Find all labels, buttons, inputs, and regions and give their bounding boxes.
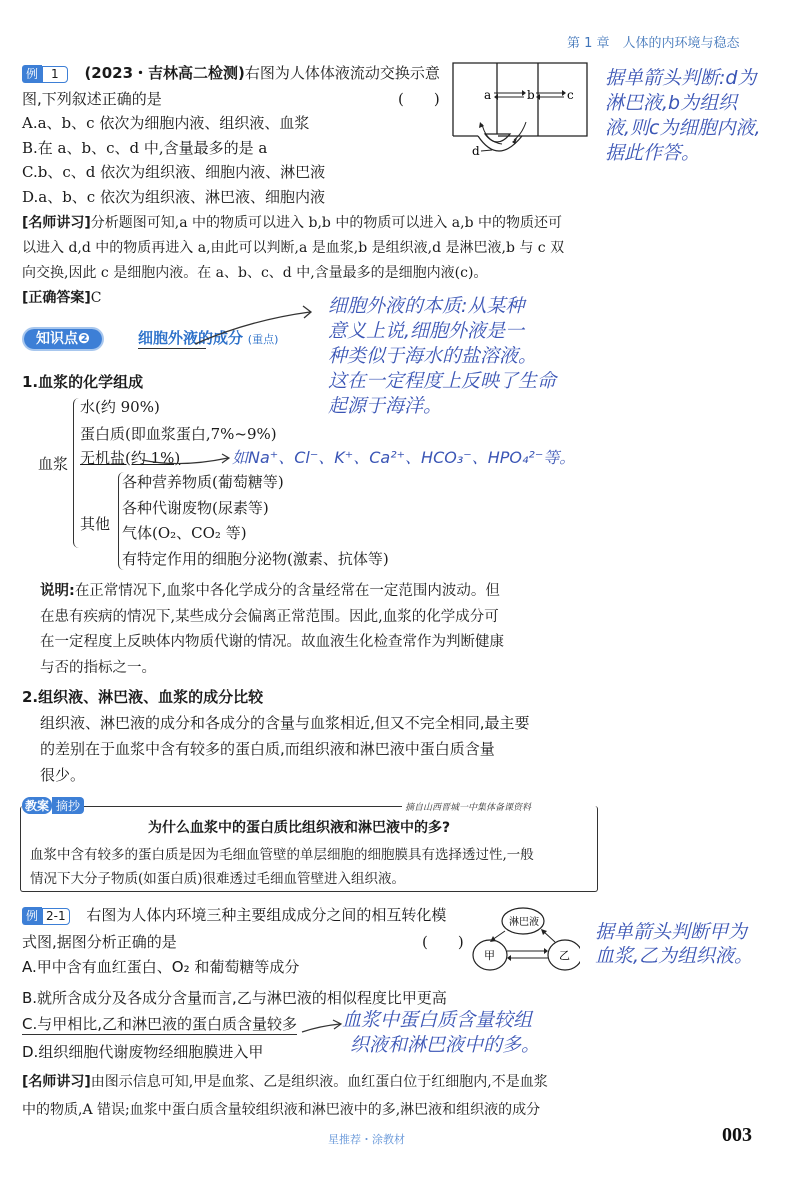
option2-b: B.就所含成分及各成分含量而言,乙与淋巴液的相似程度比甲更高 [22,988,447,1008]
svg-text:a: a [484,88,491,102]
answer-value: C [91,290,102,306]
svg-text:甲: 甲 [484,949,495,962]
page-number: 003 [722,1125,752,1145]
example-badge: 例2-1 [22,907,70,925]
note-line4: 与否的指标之一。 [40,658,156,678]
handwritten-note-extracellular: 细胞外液的本质:从某种 意义上说,细胞外液是一 种类似于海水的盐溶液。 这在一定… [328,294,556,419]
tree-item-protein: 蛋白质(即血浆蛋白,7%~9%) [80,424,277,444]
knowledge-point-pill: 知识点❷ [24,328,102,348]
tree-other-secretions: 有特定作用的细胞分泌物(激素、抗体等) [122,549,389,569]
excerpt-top-rule [74,806,402,807]
analysis2-line2: 中的物质,A 错误;血浆中蛋白质含量较组织液和淋巴液中的多,淋巴液和组织液的成分 [22,1100,540,1120]
tree-other-nutrients: 各种营养物质(葡萄糖等) [122,472,284,492]
option-d: D.a、b、c 依次为组织液、淋巴液、细胞内液 [22,187,325,207]
example1-stem-line2: 图,下列叙述正确的是 [22,89,162,109]
tree-other-label: 其他 [80,514,110,534]
example1-stem: 右图为人体体液流动交换示意 [245,64,440,82]
example2-stem-line1: 例2-1 右图为人体内环境三种主要组成成分之间的相互转化模 [22,905,446,925]
option-c-arrow-icon [300,1018,345,1038]
option2-d: D.组织细胞代谢废物经细胞膜进入甲 [22,1042,263,1062]
example-badge: 例1 [22,65,68,83]
note-line2: 在患有疾病的情况下,某些成分会偏离正常范围。因此,血浆的化学成分可 [40,607,499,627]
analysis1-line2: 以进入 d,d 中的物质再进入 a,由此可以判断,a 是血浆,b 是组织液,d … [22,238,564,258]
handwritten-note-diagram2: 据单箭头判断甲为 血浆,乙为组织液。 [595,920,753,968]
section2-line3: 很少。 [40,765,85,785]
tree-other-gas: 气体(O₂、CO₂ 等) [122,523,247,543]
example1-source: (2023・吉林高二检测) [84,64,244,82]
tree-root-plasma: 血浆 [38,454,68,474]
note-label: 说明: [40,583,75,599]
tree-item-water: 水(约 90%) [80,397,160,417]
correct-answer: [正确答案]C [22,288,102,308]
analysis-label: [名师讲习] [22,1074,91,1090]
tree-other-waste: 各种代谢废物(尿素等) [122,498,269,518]
option-a: A.a、b、c 依次为细胞内液、组织液、血浆 [22,113,309,133]
excerpt-source: 摘自山西晋城一中集体备课资料 [405,798,531,818]
answer-label: [正确答案] [22,290,91,306]
chapter-header: 第 1 章 人体的内环境与稳态 [567,34,740,54]
svg-text:乙: 乙 [559,949,570,962]
fluid-conversion-diagram: 淋巴液 甲 乙 [470,904,580,976]
excerpt-answer-line1: 血浆中含有较多的蛋白质是因为毛细血管壁的单层细胞的细胞膜具有选择透过性,一般 [30,845,534,865]
handwritten-ion-note: 如Na⁺、Cl⁻、K⁺、Ca²⁺、HCO₃⁻、HPO₄²⁻等。 [232,448,575,468]
handwritten-note-option-c: 血浆中蛋白质含量较组 织液和淋巴液中的多。 [342,1008,540,1058]
section1-heading: 1.血浆的化学组成 [22,372,143,392]
example2-stem-line2: 式图,据图分析正确的是 [22,932,177,952]
handwritten-note-example1: 据单箭头判断:d为 淋巴液,b为组织 液,则c为细胞内液, 据此作答。 [605,66,761,166]
option2-c: C.与甲相比,乙和淋巴液的蛋白质含量较多 [22,1014,297,1035]
option-c: C.b、c、d 依次为组织液、细胞内液、淋巴液 [22,162,325,182]
footer-brand: 星推荐・涂教材 [328,1130,405,1150]
note-line1: 说明:在正常情况下,血浆中各化学成分的含量经常在一定范围内波动。但 [40,581,500,601]
section2-heading: 2.组织液、淋巴液、血浆的成分比较 [22,687,263,707]
note-line3: 在一定程度上反映体内物质代谢的情况。故血液生化检查常作为判断健康 [40,632,504,652]
analysis1-line1: [名师讲习]分析题图可知,a 中的物质可以进入 b,b 中的物质可以进入 a,b… [22,213,562,233]
svg-text:淋巴液: 淋巴液 [509,915,539,928]
answer-paren: ( ) [398,89,440,109]
svg-text:d: d [472,144,480,158]
option-b: B.在 a、b、c、d 中,含量最多的是 a [22,138,267,158]
analysis2-line1: [名师讲习]由图示信息可知,甲是血浆、乙是组织液。血红蛋白位于红细胞内,不是血浆 [22,1072,548,1092]
excerpt-badge: 教案摘抄 [22,797,84,814]
answer-paren-2: ( ) [422,932,464,952]
section2-line1: 组织液、淋巴液的成分和各成分的含量与血浆相近,但又不完全相同,最主要 [40,713,530,733]
analysis-label: [名师讲习] [22,215,91,231]
ion-arrow-icon [140,448,235,472]
excerpt-question: 为什么血浆中的蛋白质比组织液和淋巴液中的多? [148,818,450,838]
svg-text:c: c [567,88,574,102]
svg-text:b: b [527,88,535,102]
annotation-arrow-icon [190,300,320,350]
body-fluid-exchange-diagram: a b c d [452,62,588,158]
option2-a: A.甲中含有血红蛋白、O₂ 和葡萄糖等成分 [22,957,299,977]
excerpt-answer-line2: 情况下大分子物质(如蛋白质)很难透过毛细血管壁进入组织液。 [30,869,405,889]
example1-stem-line1: 例1 (2023・吉林高二检测)右图为人体体液流动交换示意 [22,63,440,83]
section2-line2: 的差别在于血浆中含有较多的蛋白质,而组织液和淋巴液中蛋白质含量 [40,739,495,759]
analysis1-line3: 向交换,因此 c 是细胞内液。在 a、b、c、d 中,含量最多的是细胞内液(c)… [22,263,487,283]
